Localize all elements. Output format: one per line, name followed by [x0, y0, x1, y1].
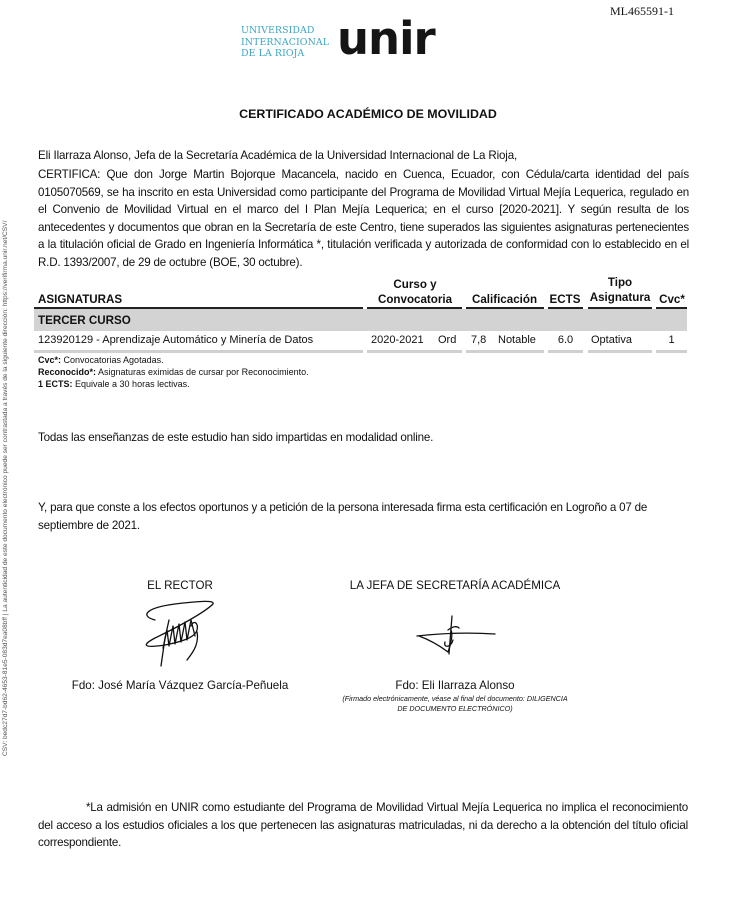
university-logo-text: UNIVERSIDAD INTERNACIONAL DE LA RIOJA — [241, 25, 329, 60]
certificate-title: CERTIFICADO ACADÉMICO DE MOVILIDAD — [0, 107, 736, 121]
electronic-signature-note: (Firmado electrónicamente, véase al fina… — [300, 694, 610, 714]
secretaria-name: Fdo: Eli Ilarraza Alonso — [345, 679, 565, 692]
certifica-paragraph: CERTIFICA: Que don Jorge Martin Bojorque… — [38, 166, 689, 272]
header-tipo-line1: Tipo — [587, 275, 653, 290]
header-curso-line1: Curso y — [370, 277, 460, 292]
cell-asignatura: 123920129 - Aprendizaje Automático y Min… — [38, 334, 313, 346]
row-rule — [367, 350, 462, 353]
header-asignaturas: ASIGNATURAS — [38, 292, 122, 307]
document-reference-code: ML465591-1 — [610, 4, 674, 19]
closing-paragraph: Y, para que conste a los efectos oportun… — [38, 499, 698, 534]
header-calificacion: Calificación — [466, 292, 543, 307]
intro-paragraph: Eli Ilarraza Alonso, Jefa de la Secretar… — [38, 147, 698, 165]
cell-convocatoria: Ord — [438, 334, 456, 346]
note-reconocido: Reconocido*: Asignaturas eximidas de cur… — [38, 366, 309, 378]
online-statement: Todas las enseñanzas de este estudio han… — [38, 431, 433, 444]
unir-logo-mark: unir — [337, 14, 435, 64]
cell-calificacion: Notable — [498, 334, 536, 346]
table-notes: Cvc*: Convocatorias Agotadas. Reconocido… — [38, 354, 309, 391]
logo-text-line-1: UNIVERSIDAD — [241, 25, 329, 37]
row-rule — [588, 350, 652, 353]
csv-verification-text: CSV: bedc27d7-bd62-4653-81e5-083d7ea08bf… — [2, 136, 9, 756]
row-rule — [656, 350, 687, 353]
cell-curso: 2020-2021 — [371, 334, 424, 346]
cell-nota: 7,8 — [471, 334, 486, 346]
secretaria-signature-icon — [415, 614, 500, 660]
header-cvc: Cvc* — [656, 292, 688, 307]
header-ects: ECTS — [547, 292, 583, 307]
logo-text-line-3: DE LA RIOJA — [241, 48, 329, 60]
rector-signature-icon — [125, 598, 225, 670]
note-cvc: Cvc*: Convocatorias Agotadas. — [38, 354, 309, 366]
row-rule — [548, 350, 583, 353]
section-row-background — [34, 309, 687, 331]
rector-name: Fdo: José María Vázquez García-Peñuela — [60, 679, 300, 692]
row-rule — [466, 350, 544, 353]
section-label: TERCER CURSO — [38, 314, 131, 327]
secretaria-title: LA JEFA DE SECRETARÍA ACADÉMICA — [345, 579, 565, 592]
row-rule — [34, 350, 363, 353]
rector-title: EL RECTOR — [110, 579, 250, 592]
cell-tipo: Optativa — [591, 334, 632, 346]
cell-ects: 6.0 — [548, 334, 583, 346]
note-ects: 1 ECTS: Equivale a 30 horas lectivas. — [38, 378, 309, 390]
logo-text-line-2: INTERNACIONAL — [241, 37, 329, 49]
header-curso-line2: Convocatoria — [370, 292, 460, 307]
cell-cvc: 1 — [656, 334, 687, 346]
disclaimer-paragraph: *La admisión en UNIR como estudiante del… — [38, 799, 688, 852]
header-tipo-line2: Asignatura — [587, 290, 653, 305]
